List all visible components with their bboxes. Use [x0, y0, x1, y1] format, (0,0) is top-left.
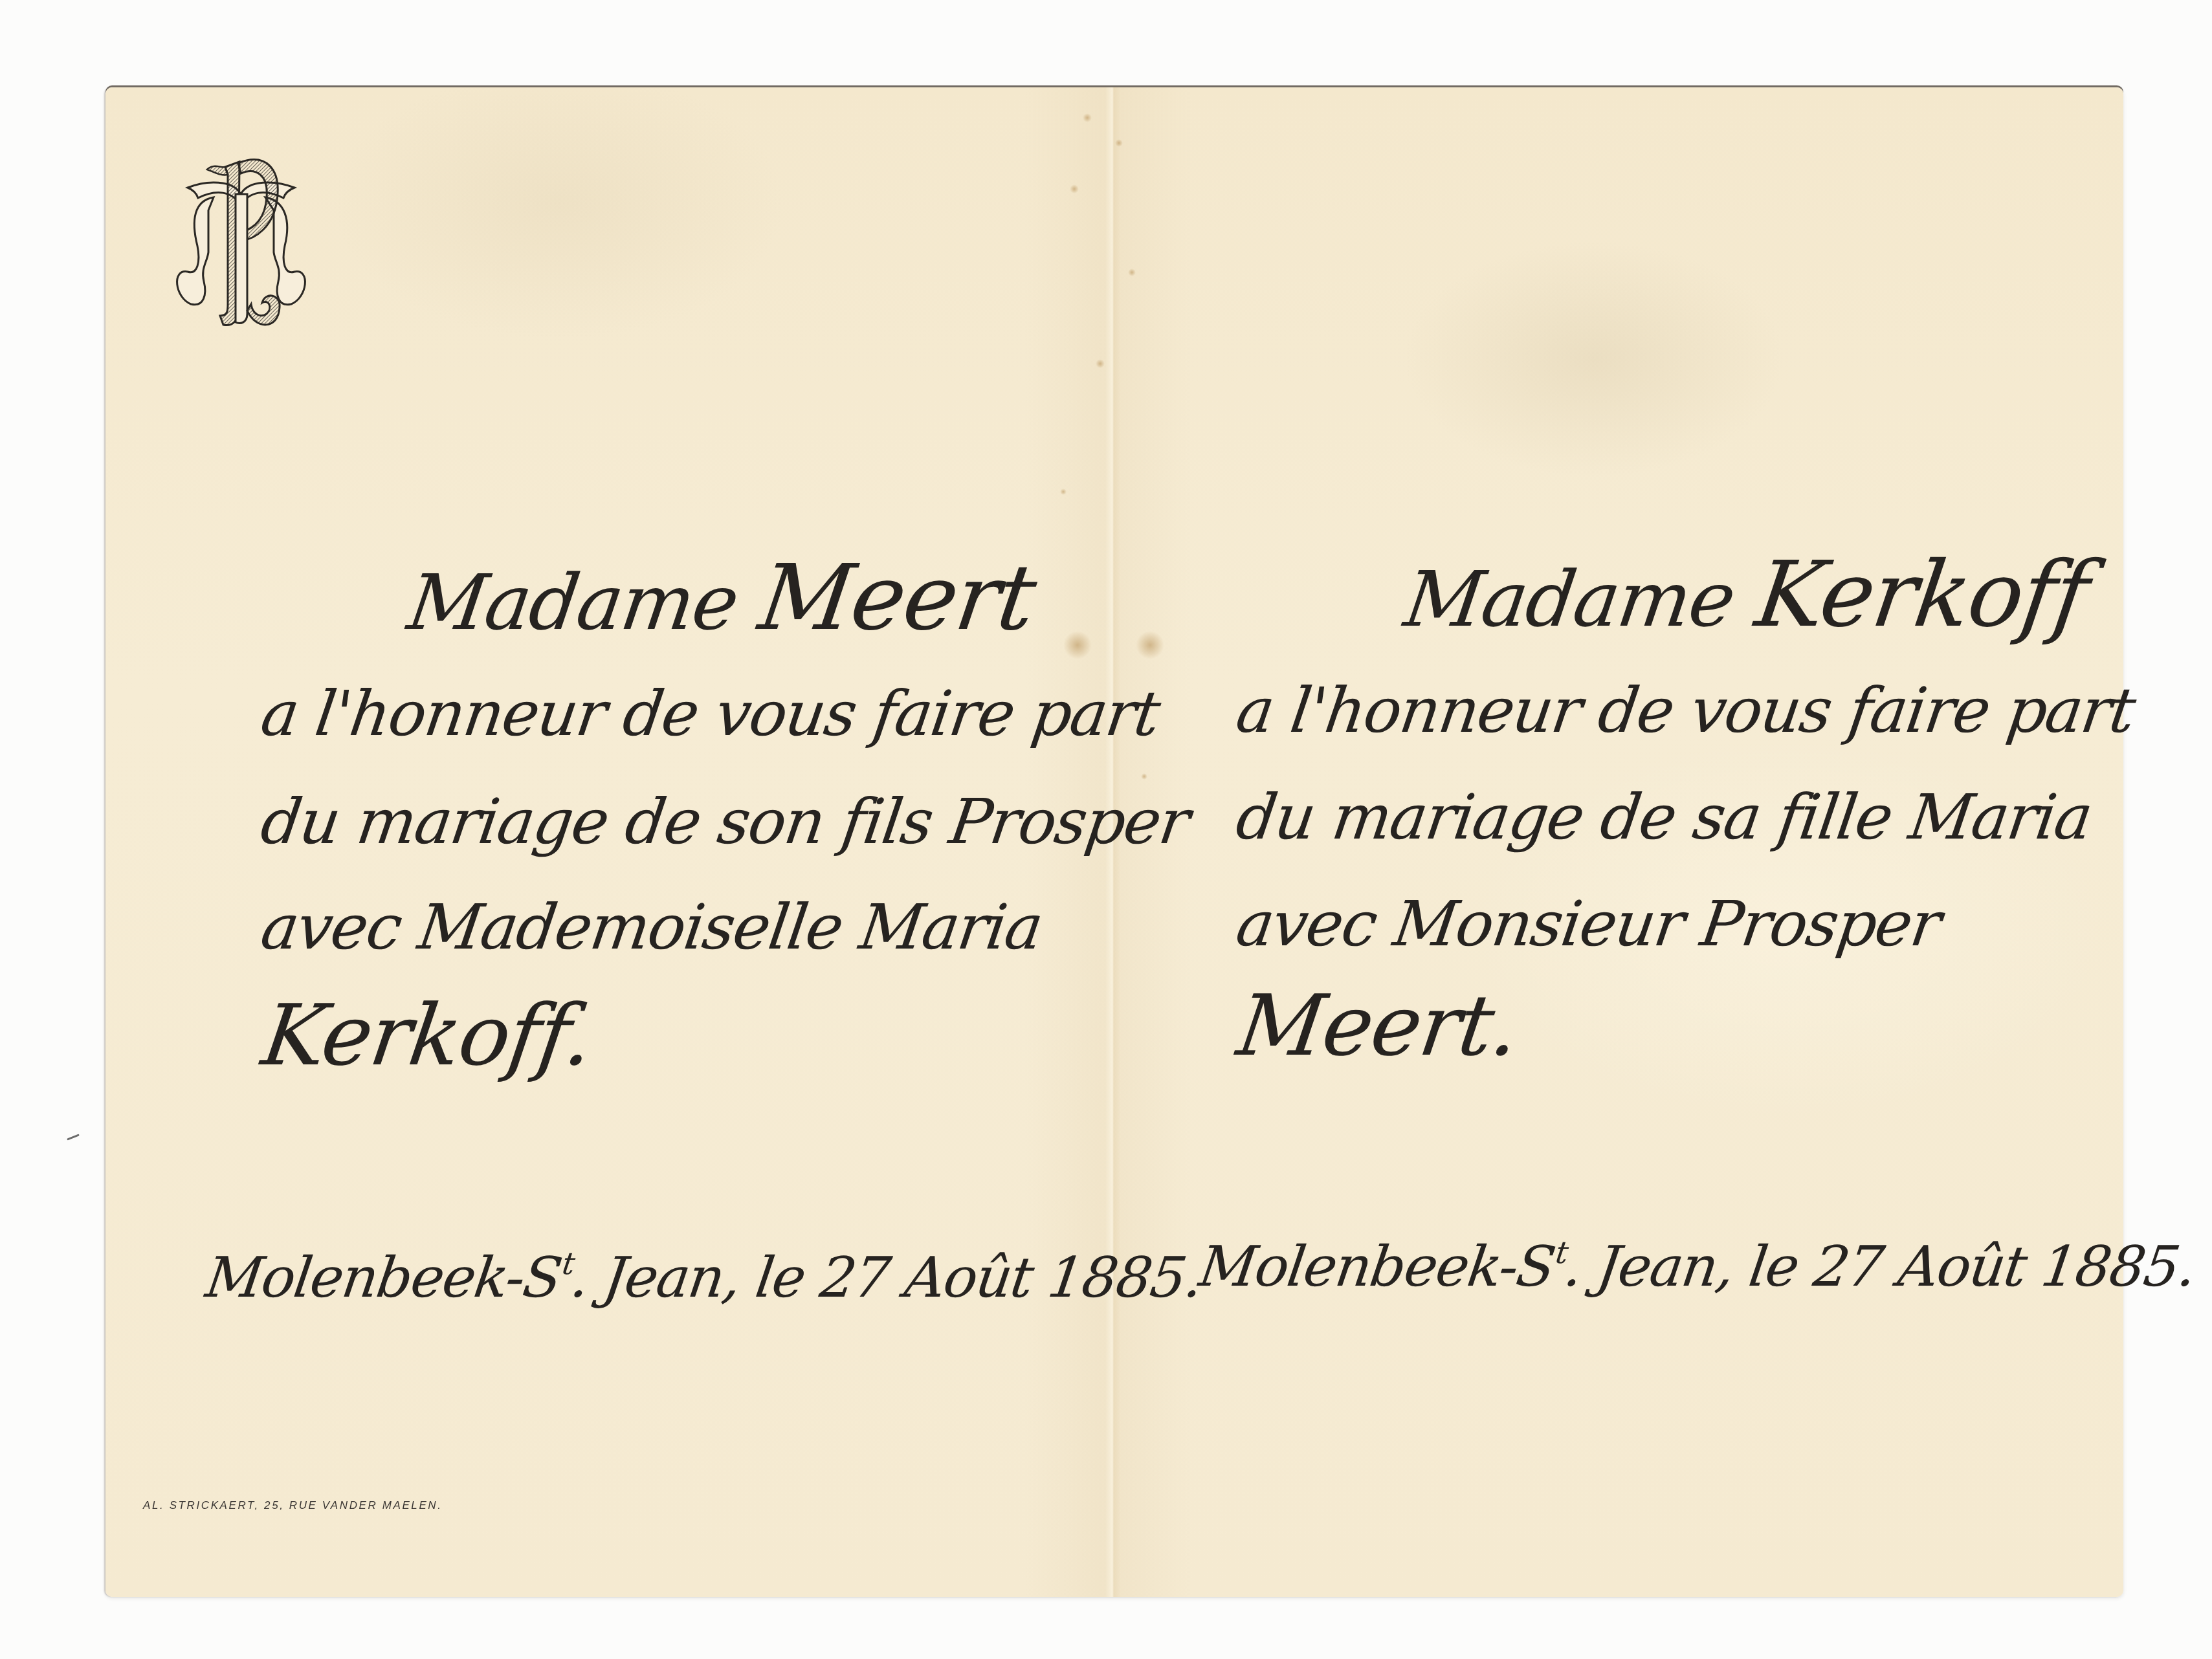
right-date-line: Molenbeek-St. Jean, le 27 Août 1885.: [1196, 1238, 2199, 1295]
scanned-document: Madame Meert a l'honneur de vous faire p…: [0, 0, 2212, 1659]
right-line-5: Meert.: [1233, 983, 1523, 1068]
right-line-2: a l'honneur de vous faire part: [1233, 679, 2138, 742]
folded-card: Madame Meert a l'honneur de vous faire p…: [105, 87, 2123, 1597]
right-line-3: du mariage de sa fille Maria: [1233, 786, 2095, 848]
left-heading: Madame Meert: [403, 553, 1040, 644]
left-date-line: Molenbeek-St. Jean, le 27 Août 1885.: [203, 1249, 1206, 1306]
right-line-4: avec Monsieur Prosper: [1233, 893, 1944, 955]
left-date-rest: . Jean, le 27 Août 1885.: [567, 1246, 1206, 1310]
right-date-place: Molenbeek-S: [1195, 1235, 1558, 1299]
printer-imprint: AL. STRICKAERT, 25, RUE VANDER MAELEN.: [143, 1499, 443, 1512]
left-line-5: Kerkoff.: [258, 993, 597, 1077]
right-announcement: Madame Kerkoff a l'honneur de vous faire…: [1115, 87, 2123, 1597]
right-date-rest: . Jean, le 27 Août 1885.: [1560, 1235, 2199, 1299]
stray-mark: [67, 1134, 80, 1140]
left-date-place: Molenbeek-S: [202, 1246, 565, 1310]
left-heading-name: Meert: [753, 545, 1041, 651]
right-heading-prefix: Madame: [1399, 555, 1740, 644]
left-announcement: Madame Meert a l'honneur de vous faire p…: [105, 87, 1109, 1597]
right-heading-name: Kerkoff: [1750, 542, 2094, 648]
left-line-2: a l'honneur de vous faire part: [258, 683, 1163, 745]
left-line-3: du mariage de son fils Prosper: [258, 791, 1193, 853]
right-heading: Madame Kerkoff: [1400, 550, 2093, 641]
left-line-4: avec Mademoiselle Maria: [258, 896, 1046, 958]
left-heading-prefix: Madame: [403, 558, 743, 647]
